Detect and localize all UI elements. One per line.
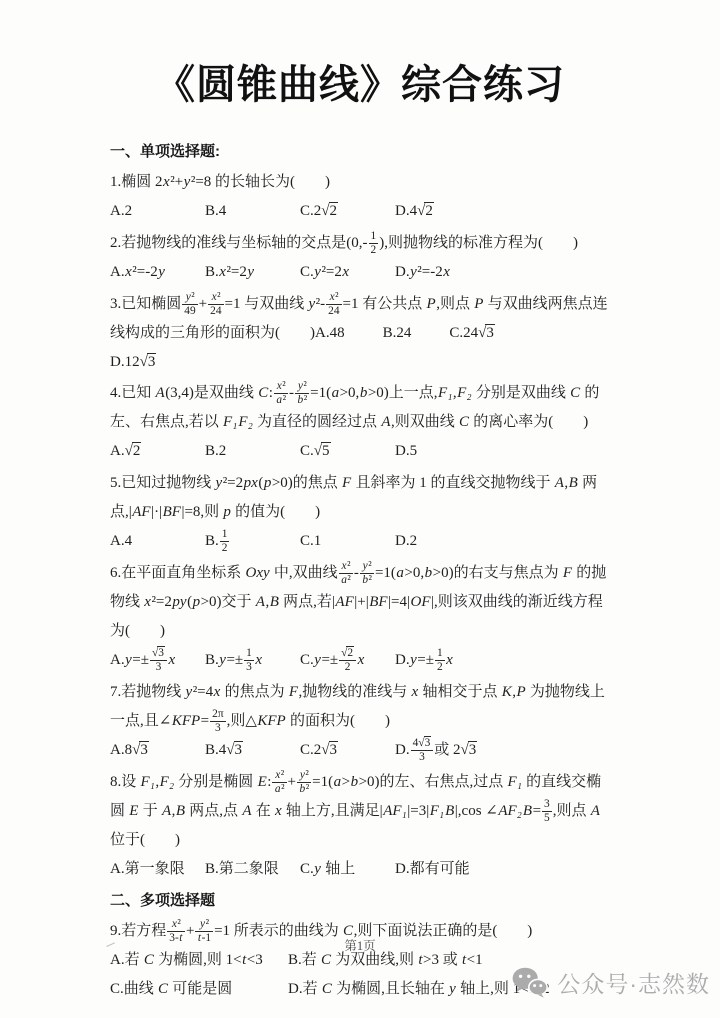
option: B.2 [205,437,285,466]
questions-area: 一、单项选择题:1.椭圆 2x²+y²=8 的长轴长为( )A.2B.4C.2√… [0,108,720,1004]
option-label: A. [110,443,125,459]
option: B.12 [205,527,285,556]
option-label: B. [288,952,302,968]
question: 4.已知 A(3,4)是双曲线 C:x²a²-y²b²=1(a>0,b>0)上一… [110,379,614,466]
option-label: C. [300,264,314,280]
option: B.4√3 [205,736,285,765]
option: D.12√3 [110,348,156,377]
option-label: D. [395,264,410,280]
option-label: C. [300,861,314,877]
question-stem: 8.设 F₁,F₂ 分别是椭圆 E:x²a²+y²b²=1(a>b>0)的左、右… [110,768,614,855]
option: B.24 [383,319,412,348]
page-number: 第1页 [344,939,375,953]
question-stem: 4.已知 A(3,4)是双曲线 C:x²a²-y²b²=1(a>0,b>0)上一… [110,379,614,437]
option: A.4 [110,527,190,556]
question: 3.已知椭圆y²49+x²24=1 与双曲线 y²-x²24=1 有公共点 P,… [110,290,614,377]
section-heading: 二、多项选择题 [110,887,614,915]
options: A.2B.4C.2√2D.4√2 [110,197,614,226]
option: C.y 轴上 [300,855,380,884]
option: B.y=±13x [205,646,285,675]
option: C.24√3 [449,319,495,348]
option-label: B. [205,533,219,549]
option: C.1 [300,527,380,556]
options: A.8√3B.4√3C.2√3D.4√33或 2√3 [110,736,614,765]
option: D.2 [395,527,475,556]
option: D.4√33或 2√3 [395,736,477,765]
option: D.y=±12x [395,646,475,675]
question: 8.设 F₁,F₂ 分别是椭圆 E:x²a²+y²b²=1(a>b>0)的左、右… [110,768,614,884]
option-label: D. [395,861,410,877]
option: C.y²=2x [300,258,380,287]
options: A.第一象限B.第二象限C.y 轴上D.都有可能 [110,855,614,884]
option: D.4√2 [395,197,475,226]
option-label: C. [300,742,314,758]
option-label: D. [395,652,410,668]
option-label: A. [315,325,330,341]
option: B.x²=2y [205,258,285,287]
option: B.4 [205,197,285,226]
option-label: D. [395,203,410,219]
question-stem: 3.已知椭圆y²49+x²24=1 与双曲线 y²-x²24=1 有公共点 P,… [110,290,614,377]
option-label: A. [110,203,125,219]
option-label: B. [205,443,219,459]
option-label: D. [110,354,125,370]
option-label: D. [395,742,410,758]
options: A.4B.12C.1D.2 [110,527,614,556]
option-label: A. [110,533,125,549]
option-label: D. [395,443,410,459]
option: A.2 [110,197,190,226]
option: A.48 [315,319,345,348]
question-stem: 5.已知过抛物线 y²=2px(p>0)的焦点 F 且斜率为 1 的直线交抛物线… [110,469,614,527]
question-stem: 1.椭圆 2x²+y²=8 的长轴长为( ) [110,168,614,197]
option: D.都有可能 [395,855,475,884]
option: A.8√3 [110,736,190,765]
question: 5.已知过抛物线 y²=2px(p>0)的焦点 F 且斜率为 1 的直线交抛物线… [110,469,614,556]
option: D.5 [395,437,475,466]
option-label: C. [300,533,314,549]
option: A.√2 [110,437,190,466]
option-label: B. [205,861,219,877]
question-stem: 7.若抛物线 y²=4x 的焦点为 F,抛物线的准线与 x 轴相交于点 K,P … [110,678,614,736]
option: A.x²=-2y [110,258,190,287]
options: A.√2B.2C.√5D.5 [110,437,614,466]
option-label: A. [110,861,125,877]
option-label: C. [110,981,124,997]
option: C.曲线 C 可能是圆 [110,975,288,1004]
wechat-icon [512,967,548,998]
option: C.2√2 [300,197,380,226]
watermark-text: 公众号·志然数 [557,966,710,999]
option-label: B. [205,652,219,668]
worksheet-page: 《圆锥曲线》综合练习 一、单项选择题:1.椭圆 2x²+y²=8 的长轴长为( … [0,0,720,1018]
option-label: C. [300,203,314,219]
option-label: A. [110,952,125,968]
option: C.2√3 [300,736,380,765]
option: D.y²=-2x [395,258,475,287]
options: A.y=±√33xB.y=±13xC.y=±√22xD.y=±12x [110,646,614,675]
question: 6.在平面直角坐标系 Oxy 中,双曲线x²a²-y²b²=1(a>0,b>0)… [110,559,614,675]
options: A.x²=-2yB.x²=2yC.y²=2xD.y²=-2x [110,258,614,287]
question: 2.若抛物线的准线与坐标轴的交点是(0,-12),则抛物线的标准方程为( )A.… [110,229,614,287]
option-label: B. [383,325,397,341]
option: B.第二象限 [205,855,285,884]
question-stem: 6.在平面直角坐标系 Oxy 中,双曲线x²a²-y²b²=1(a>0,b>0)… [110,559,614,646]
option-label: C. [449,325,463,341]
question-stem: 2.若抛物线的准线与坐标轴的交点是(0,-12),则抛物线的标准方程为( ) [110,229,614,258]
option-label: A. [110,264,125,280]
option-label: C. [300,652,314,668]
option-label: B. [205,264,219,280]
option-label: A. [110,742,125,758]
question: 1.椭圆 2x²+y²=8 的长轴长为( )A.2B.4C.2√2D.4√2 [110,168,614,226]
option: A.y=±√33x [110,646,190,675]
option-label: D. [395,533,410,549]
option-label: A. [110,652,125,668]
section-heading: 一、单项选择题: [110,138,614,166]
option: A.第一象限 [110,855,190,884]
page-title: 《圆锥曲线》综合练习 [0,0,720,108]
option: C.y=±√22x [300,646,380,675]
option-label: C. [300,443,314,459]
watermark: 公众号·志然数 [512,966,710,999]
option-label: B. [205,742,219,758]
option: C.√5 [300,437,380,466]
option-label: B. [205,203,219,219]
option-label: D. [288,981,303,997]
page-footer: 第1页 [0,936,720,954]
question: 7.若抛物线 y²=4x 的焦点为 F,抛物线的准线与 x 轴相交于点 K,P … [110,678,614,765]
